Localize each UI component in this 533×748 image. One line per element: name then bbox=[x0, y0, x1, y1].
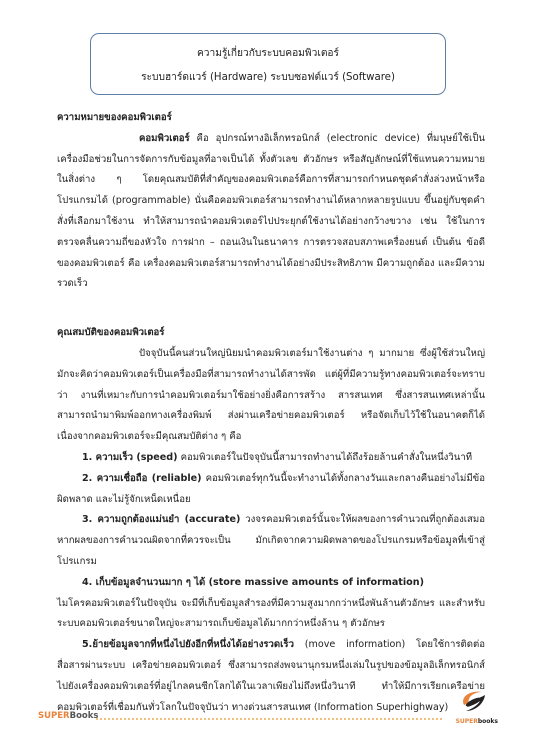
swoosh-icon bbox=[458, 689, 488, 715]
footer-divider bbox=[96, 718, 442, 720]
property-item-5-title: 5.ย้ายข้อมูลจากที่หนึ่งไปยังอีกที่หนึ่งไ… bbox=[82, 639, 294, 650]
meaning-text: คือ อุปกรณ์ทางอิเล็กทรอนิกส์ (electronic… bbox=[57, 133, 485, 290]
document-page: ความรู้เกี่ยวกับระบบคอมพิวเตอร์ ระบบฮาร์… bbox=[0, 0, 533, 748]
document-body: ความหมายของคอมพิวเตอร์ คอมพิวเตอร์ คือ อ… bbox=[57, 108, 485, 718]
property-item-1: 1. ความเร็ว (speed) คอมพิวเตอร์ในปัจจุบั… bbox=[57, 448, 485, 469]
section-heading-properties: คุณสมบัติของคอมพิวเตอร์ bbox=[57, 323, 485, 344]
section-gap bbox=[57, 295, 485, 323]
title-box: ความรู้เกี่ยวกับระบบคอมพิวเตอร์ ระบบฮาร์… bbox=[90, 33, 446, 95]
property-item-3: 3. ความถูกต้องแม่นยำ (accurate) วงจรคอมพ… bbox=[57, 510, 485, 572]
logo-wordmark: SUPERbooks bbox=[456, 718, 498, 725]
superbooks-logo-icon: SUPERbooks bbox=[446, 689, 498, 725]
section-heading-meaning: ความหมายของคอมพิวเตอร์ bbox=[57, 108, 485, 129]
property-item-1-text: คอมพิวเตอร์ในปัจจุบันนี้สามารถทำงานได้ถึ… bbox=[178, 452, 472, 463]
property-item-2-title: 2. ความเชื่อถือ (reliable) bbox=[82, 473, 202, 484]
property-item-2: 2. ความเชื่อถือ (reliable) คอมพิวเตอร์ทุ… bbox=[57, 469, 485, 511]
property-item-4: 4. เก็บข้อมูลจำนวนมาก ๆ ได้ (store massi… bbox=[57, 573, 485, 594]
property-item-5-text: (move information) โดยใช้การติดต่อสื่อสา… bbox=[57, 639, 485, 712]
property-item-4-title: 4. เก็บข้อมูลจำนวนมาก ๆ ได้ (store massi… bbox=[82, 577, 424, 588]
property-item-5: 5.ย้ายข้อมูลจากที่หนึ่งไปยังอีกที่หนึ่งไ… bbox=[57, 635, 485, 718]
property-item-4-body: ไมโครคอมพิวเตอร์ในปัจจุบัน จะมีที่เก็บข้… bbox=[57, 594, 485, 636]
property-item-3-title: 3. ความถูกต้องแม่นยำ (accurate) bbox=[82, 514, 240, 525]
page-footer: SUPERBooks SUPERbooks bbox=[38, 711, 498, 727]
document-title: ความรู้เกี่ยวกับระบบคอมพิวเตอร์ bbox=[91, 45, 445, 61]
meaning-paragraph: คอมพิวเตอร์ คือ อุปกรณ์ทางอิเล็กทรอนิกส์… bbox=[57, 129, 485, 295]
properties-intro: ปัจจุบันนี้คนส่วนใหญ่นิยมนำคอมพิวเตอร์มา… bbox=[57, 344, 485, 448]
document-subtitle: ระบบฮาร์ดแวร์ (Hardware) ระบบซอฟต์แวร์ (… bbox=[91, 69, 445, 85]
property-item-1-title: 1. ความเร็ว (speed) bbox=[82, 452, 178, 463]
footer-brand: SUPERBooks bbox=[38, 711, 98, 721]
term-computer: คอมพิวเตอร์ bbox=[139, 133, 190, 144]
